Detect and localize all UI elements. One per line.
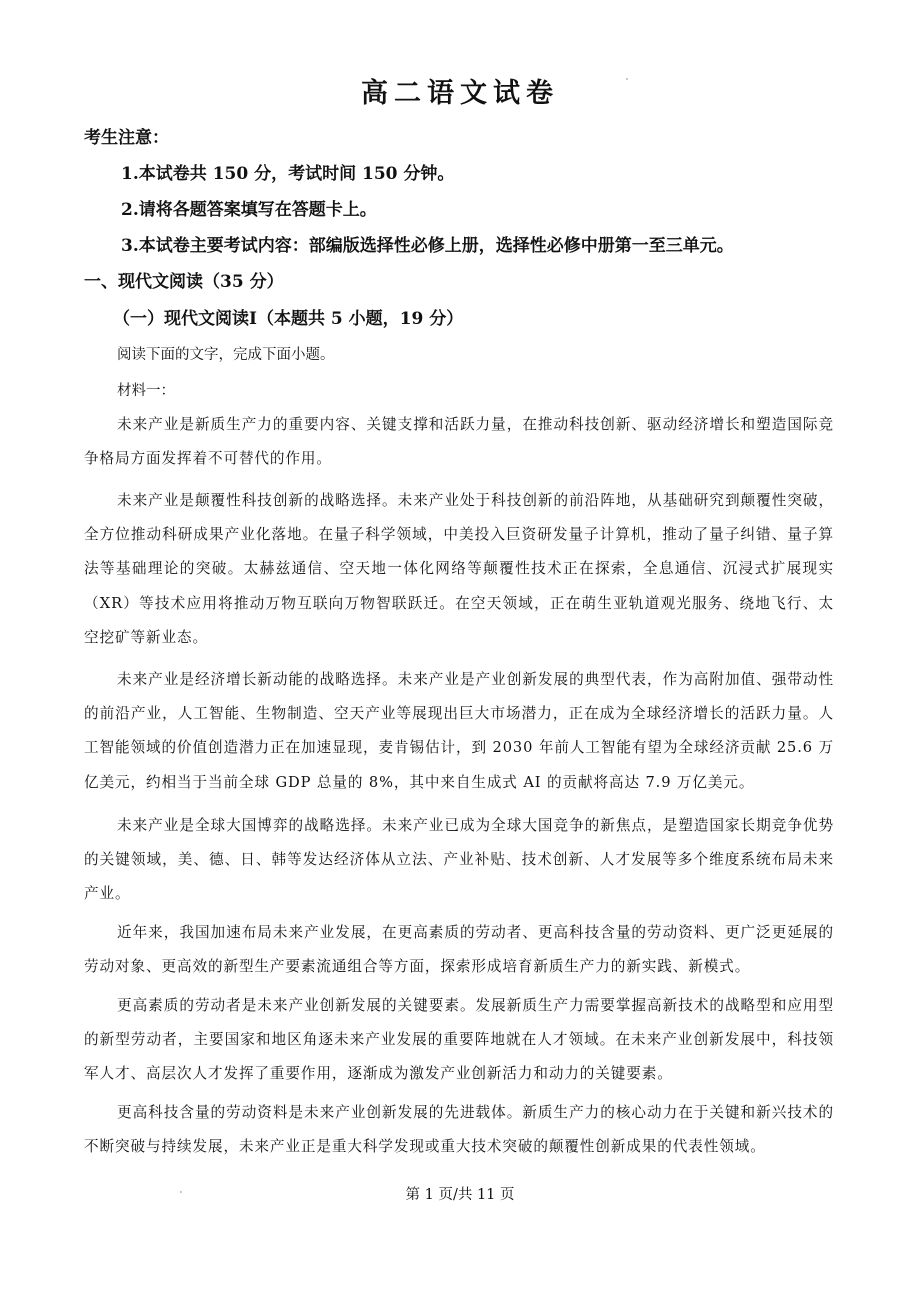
paragraph-4: 未来产业是全球大国博弈的战略选择。未来产业已成为全球大国竞争的新焦点，是塑造国家… (84, 809, 834, 912)
section-heading: 一、现代文阅读（35 分） (84, 270, 284, 294)
paragraph-3: 未来产业是经济增长新动能的战略选择。未来产业是产业创新发展的典型代表，作为高附加… (84, 663, 834, 800)
material-label: 材料一： (117, 380, 175, 402)
scan-speck (180, 1191, 182, 1193)
scan-speck (626, 78, 628, 80)
notice-heading: 考生注意： (84, 126, 169, 150)
reading-instruction: 阅读下面的文字，完成下面小题。 (117, 344, 335, 366)
notice-item-3: 3.本试卷主要考试内容：部编版选择性必修上册，选择性必修中册第一至三单元。 (121, 234, 734, 258)
paragraph-7: 更高科技含量的劳动资料是未来产业创新发展的先进载体。新质生产力的核心动力在于关键… (84, 1096, 834, 1164)
paragraph-2: 未来产业是颠覆性科技创新的战略选择。未来产业处于科技创新的前沿阵地，从基础研究到… (84, 484, 834, 655)
notice-item-2: 2.请将各题答案填写在答题卡上。 (121, 198, 377, 222)
exam-title: 高二语文试卷 (0, 76, 920, 112)
paragraph-5: 近年来，我国加速布局未来产业发展，在更高素质的劳动者、更高科技含量的劳动资料、更… (84, 916, 834, 984)
exam-page: 高二语文试卷 考生注意： 1.本试卷共 150 分，考试时间 150 分钟。 2… (0, 0, 920, 1302)
notice-item-1: 1.本试卷共 150 分，考试时间 150 分钟。 (121, 162, 454, 186)
subsection-heading: （一）现代文阅读Ⅰ（本题共 5 小题，19 分） (113, 307, 463, 331)
paragraph-1: 未来产业是新质生产力的重要内容、关键支撑和活跃力量，在推动科技创新、驱动经济增长… (84, 408, 834, 476)
page-indicator: 第 1 页/共 11 页 (0, 1184, 920, 1206)
paragraph-6: 更高素质的劳动者是未来产业创新发展的关键要素。发展新质生产力需要掌握高新技术的战… (84, 989, 834, 1092)
